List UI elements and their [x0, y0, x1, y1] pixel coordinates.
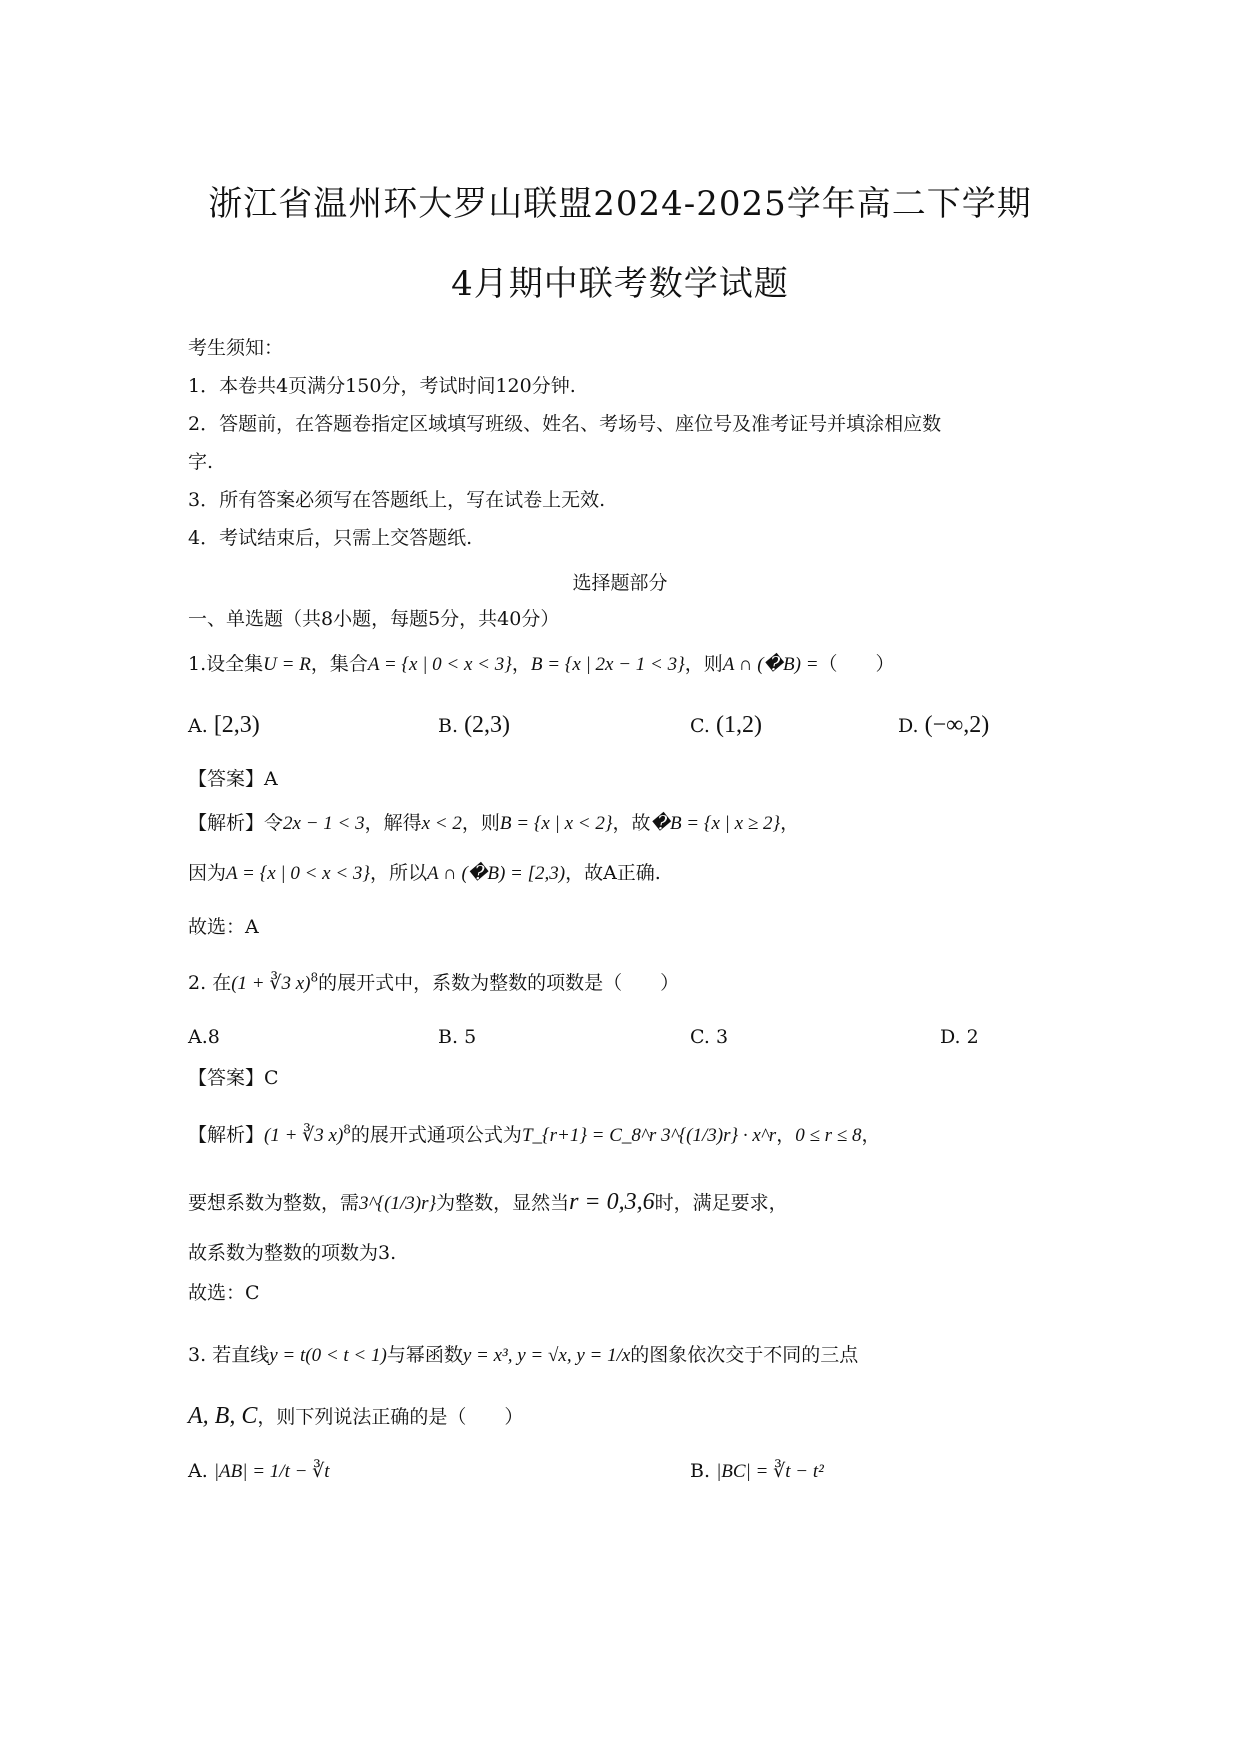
- question-1-answer: 【答案】A: [188, 764, 278, 791]
- question-2-analysis-line1: 【解析】(1 + ∛3 x)8的展开式通项公式为T_{r+1} = C_8^r …: [188, 1120, 880, 1147]
- question-2-analysis-line2: 要想系数为整数，需3^{(1/3)r}为整数，显然当r = 0,3,6时，满足要…: [188, 1188, 788, 1216]
- question-1-option-a: A. [2,3): [188, 712, 260, 739]
- exam-page: 浙江省温州环大罗山联盟2024-2025学年高二下学期 4月期中联考数学试题 考…: [0, 0, 1240, 1754]
- section-title: 选择题部分: [0, 568, 1240, 595]
- question-1-stem: 1.设全集U = R，集合A = {x | 0 < x < 3}，B = {x …: [188, 649, 895, 676]
- notice-item-3: 3．所有答案必须写在答题纸上，写在试卷上无效.: [188, 485, 605, 512]
- question-3-stem-line2: A, B, C，则下列说法正确的是（ ）: [188, 1402, 523, 1430]
- question-3-option-b: B. |BC| = ∛t − t²: [690, 1460, 824, 1483]
- question-2-answer: 【答案】C: [188, 1063, 279, 1090]
- notice-item-2: 2．答题前，在答题卷指定区域填写班级、姓名、考场号、座位号及准考证号并填涂相应数: [188, 409, 941, 436]
- doc-title-line2: 4月期中联考数学试题: [0, 256, 1240, 305]
- question-1-option-b: B. (2,3): [438, 712, 510, 739]
- question-3-option-a: A. |AB| = 1/t − ∛t: [188, 1460, 330, 1483]
- question-2-option-d: D. 2: [940, 1026, 979, 1048]
- question-1-analysis-line2: 因为A = {x | 0 < x < 3}，所以A ∩ (�B) = [2,3)…: [188, 858, 661, 885]
- notice-item-2-cont: 字.: [188, 447, 213, 474]
- question-number: 1.: [188, 653, 206, 675]
- part-title: 一、单选题（共8小题，每题5分，共40分）: [188, 604, 559, 631]
- question-1-option-d: D. (−∞,2): [898, 712, 989, 739]
- notice-item-4: 4．考试结束后，只需上交答题纸.: [188, 523, 472, 550]
- notice-item-1: 1．本卷共4页满分150分，考试时间120分钟.: [188, 371, 576, 398]
- question-2-option-a: A.8: [188, 1026, 220, 1048]
- question-2-analysis-line3: 故系数为整数的项数为3.: [188, 1238, 396, 1265]
- question-2-option-c: C. 3: [690, 1026, 728, 1048]
- question-2-option-b: B. 5: [438, 1026, 476, 1048]
- question-2-stem: 2. 在(1 + ∛3 x)8的展开式中，系数为整数的项数是（ ）: [188, 968, 679, 995]
- question-1-option-c: C. (1,2): [690, 712, 762, 739]
- question-3-stem: 3. 若直线y = t(0 < t < 1)与幂函数y = x³, y = √x…: [188, 1340, 858, 1367]
- question-1-analysis-line1: 【解析】令2x − 1 < 3，解得x < 2，则B = {x | x < 2}…: [188, 808, 799, 835]
- notice-heading: 考生须知：: [188, 333, 283, 360]
- question-1-conclusion: 故选：A: [188, 912, 259, 939]
- doc-title-line1: 浙江省温州环大罗山联盟2024-2025学年高二下学期: [0, 176, 1240, 225]
- question-2-conclusion: 故选：C: [188, 1278, 260, 1305]
